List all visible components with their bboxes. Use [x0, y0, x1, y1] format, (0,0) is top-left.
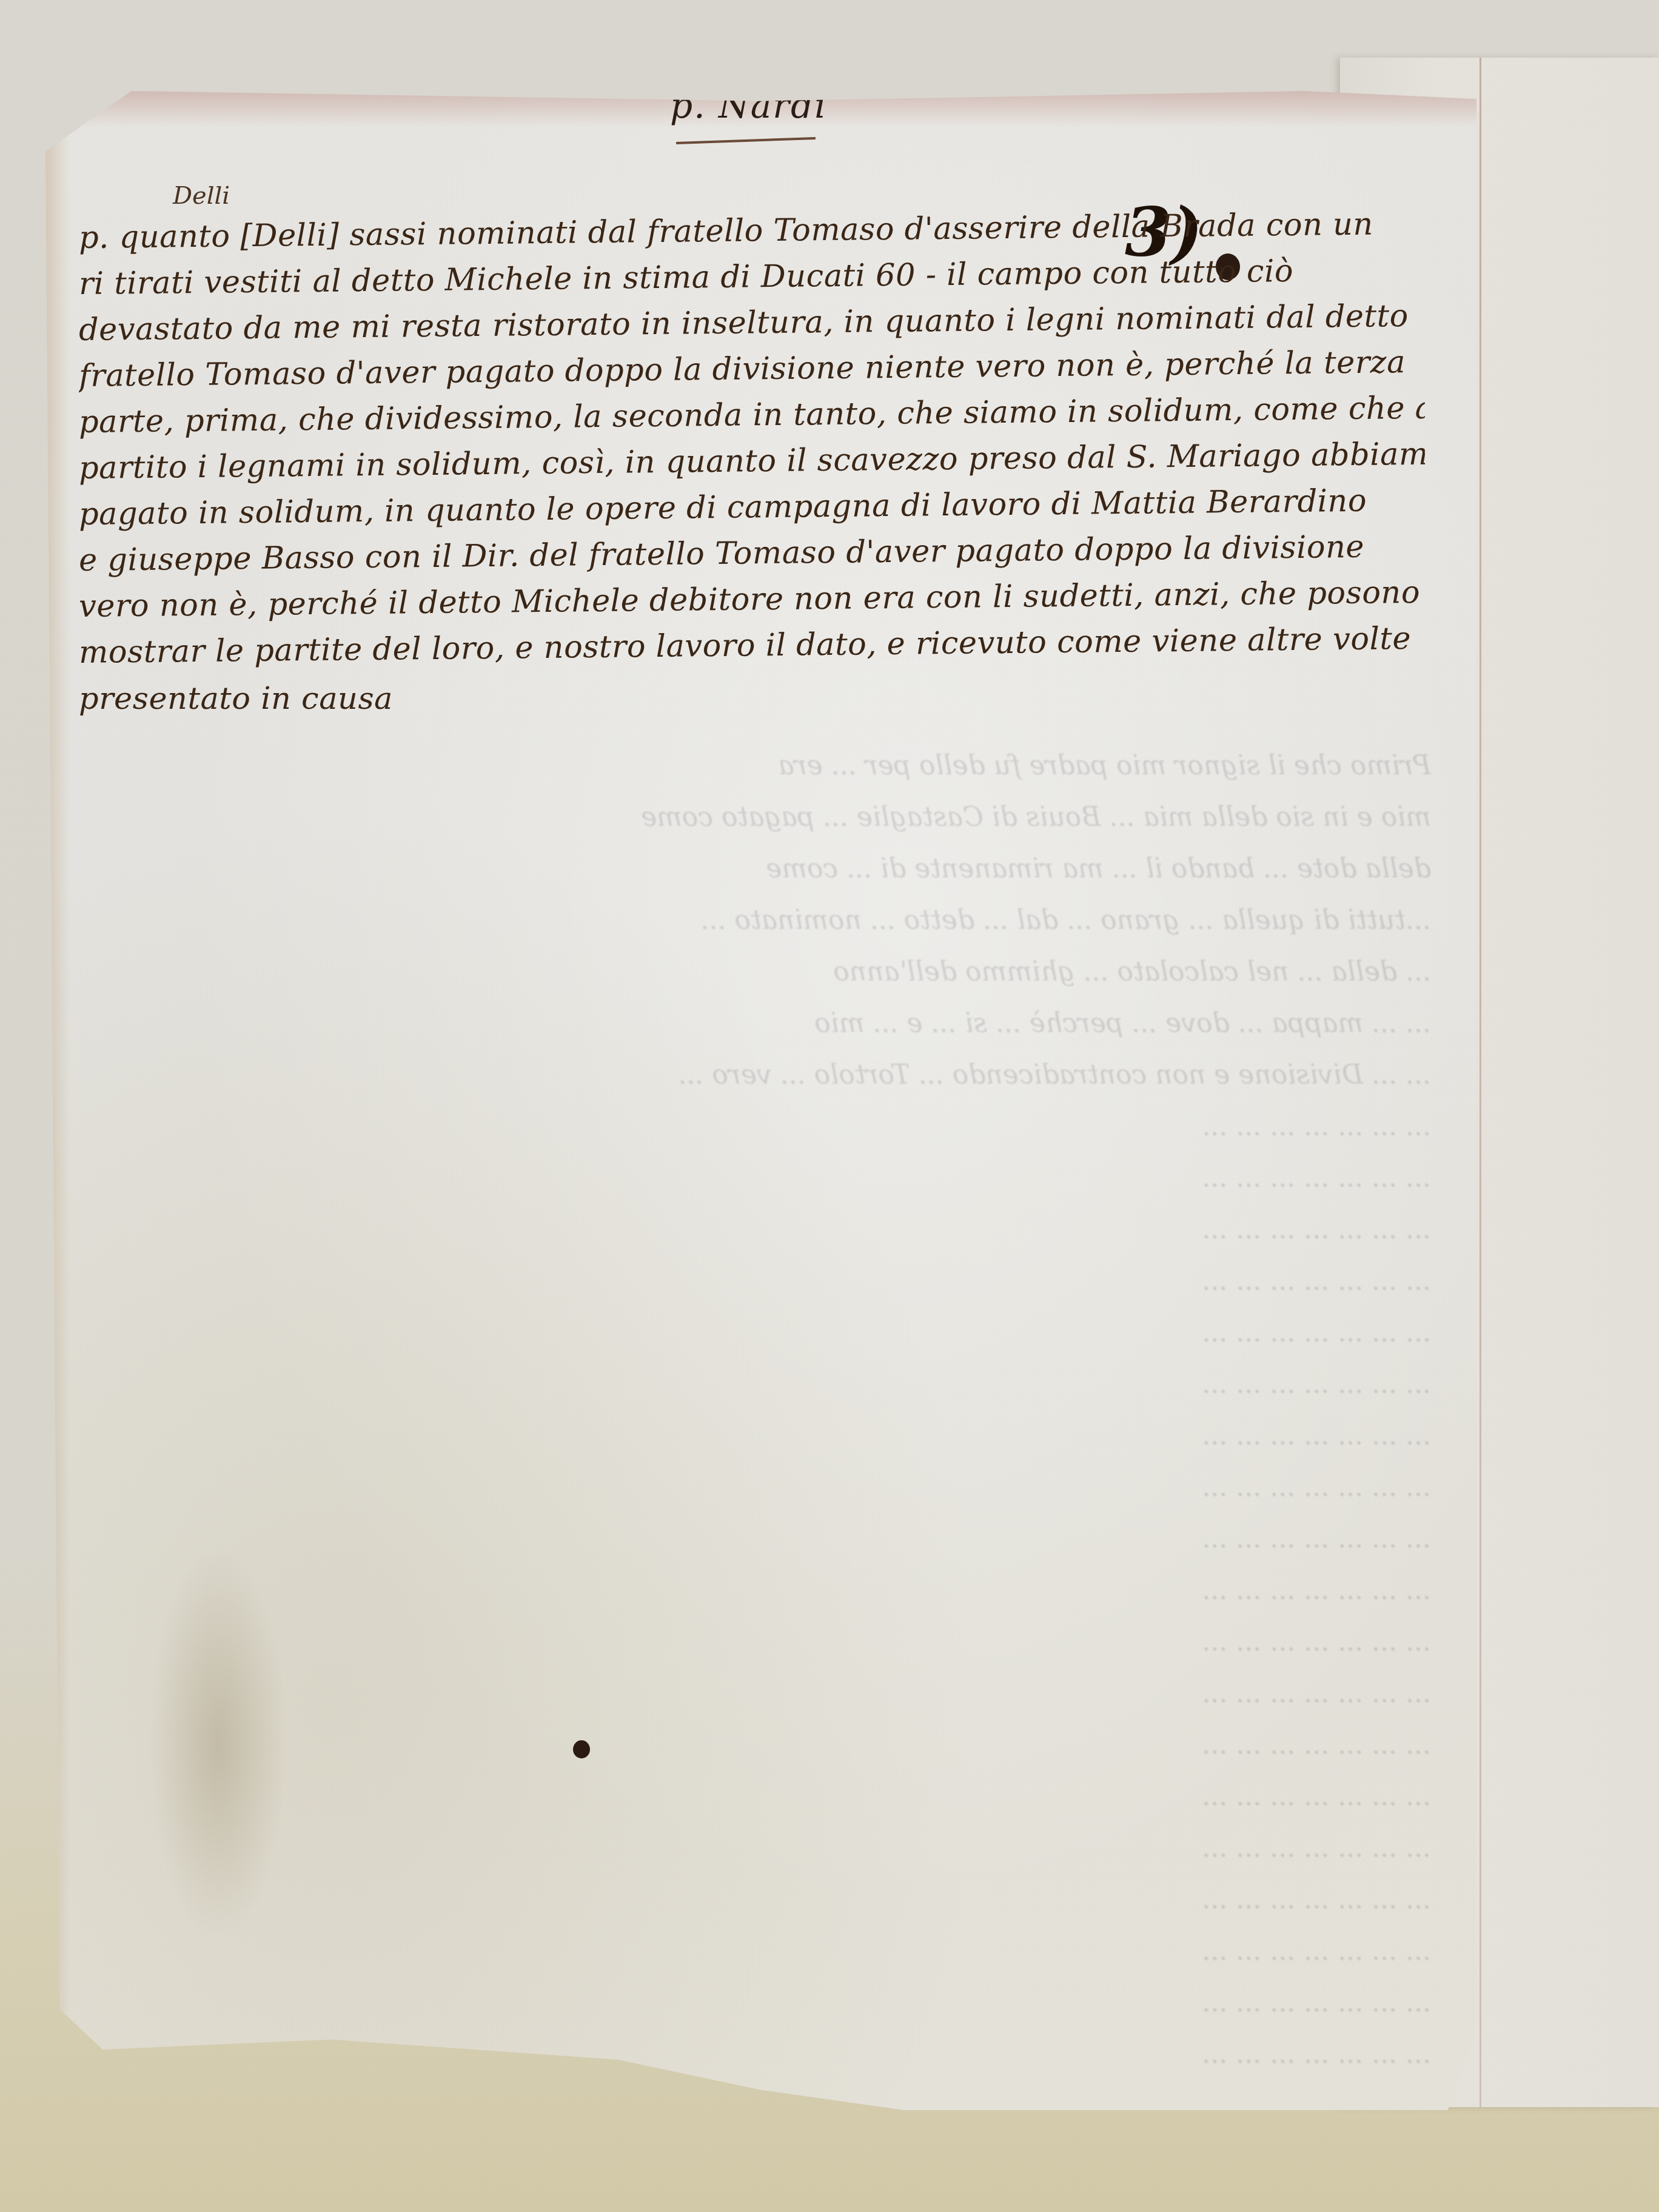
bleed-line: ... ... ... ... ... ... ...	[97, 1101, 1431, 1152]
handwritten-text: p. quanto [Delli] sassi nominati dal fra…	[79, 215, 1425, 722]
manuscript-page: p. Nardi Delli 3) p. quanto [Delli] sass…	[45, 91, 1476, 2110]
bleed-line: ... ... ... ... ... ... ...	[97, 1358, 1431, 1410]
bleed-line: ... ... Divisione e non contradicendo ..…	[97, 1049, 1431, 1101]
interlinear-insertion: Delli	[173, 182, 230, 210]
heading-flourish	[676, 137, 816, 144]
text-line: presentato in causa	[79, 676, 1425, 722]
bleed-through-text: Primo che il signor mio padre fu dello p…	[97, 740, 1431, 2080]
bleed-line: ... ... ... ... ... ... ...	[97, 1410, 1431, 1461]
bleed-line: ... ... ... ... ... ... ...	[97, 1307, 1431, 1358]
bleed-line: ... ... ... ... ... ... ...	[97, 1616, 1431, 1667]
bleed-line: ... ... ... ... ... ... ...	[97, 1255, 1431, 1307]
bleed-line: ... della ... nel calcolato ... ghimmo d…	[97, 946, 1431, 997]
bleed-line: della dote ... bando il ... ma rimanente…	[97, 843, 1431, 894]
bleed-line: ... ... ... ... ... ... ...	[97, 1461, 1431, 1513]
bleed-line: ... ... ... ... ... ... ...	[97, 2028, 1431, 2080]
left-edge-stain	[45, 91, 70, 2110]
bleed-line: ... ... ... ... ... ... ...	[97, 1925, 1431, 1977]
bleed-line: ... ... ... ... ... ... ...	[97, 1977, 1431, 2028]
bleed-line: ... ... ... ... ... ... ...	[97, 1771, 1431, 1822]
bleed-line: ... ... ... ... ... ... ...	[97, 1874, 1431, 1925]
bleed-line: ...tutti di quella ... grano ... dal ...…	[97, 894, 1431, 946]
bleed-line: ... ... ... ... ... ... ...	[97, 1152, 1431, 1204]
bleed-line: ... ... ... ... ... ... ...	[97, 1204, 1431, 1255]
bleed-line: ... ... ... ... ... ... ...	[97, 1719, 1431, 1771]
page-heading: p. Nardi	[670, 85, 827, 126]
fold-crease	[1480, 58, 1481, 2107]
bleed-line: mio e in sio della mia ... Bouis di Cast…	[97, 791, 1431, 843]
bleed-line: ... ... ... ... ... ... ...	[97, 1667, 1431, 1719]
bleed-line: Primo che il signor mio padre fu dello p…	[97, 740, 1431, 791]
bleed-line: ... ... ... ... ... ... ...	[97, 1513, 1431, 1564]
bleed-line: ... ... ... ... ... ... ...	[97, 1564, 1431, 1616]
bleed-line: ... ... ... ... ... ... ...	[97, 1822, 1431, 1874]
bleed-line: ... ... mappa ... dove ... perchè ... si…	[97, 997, 1431, 1049]
